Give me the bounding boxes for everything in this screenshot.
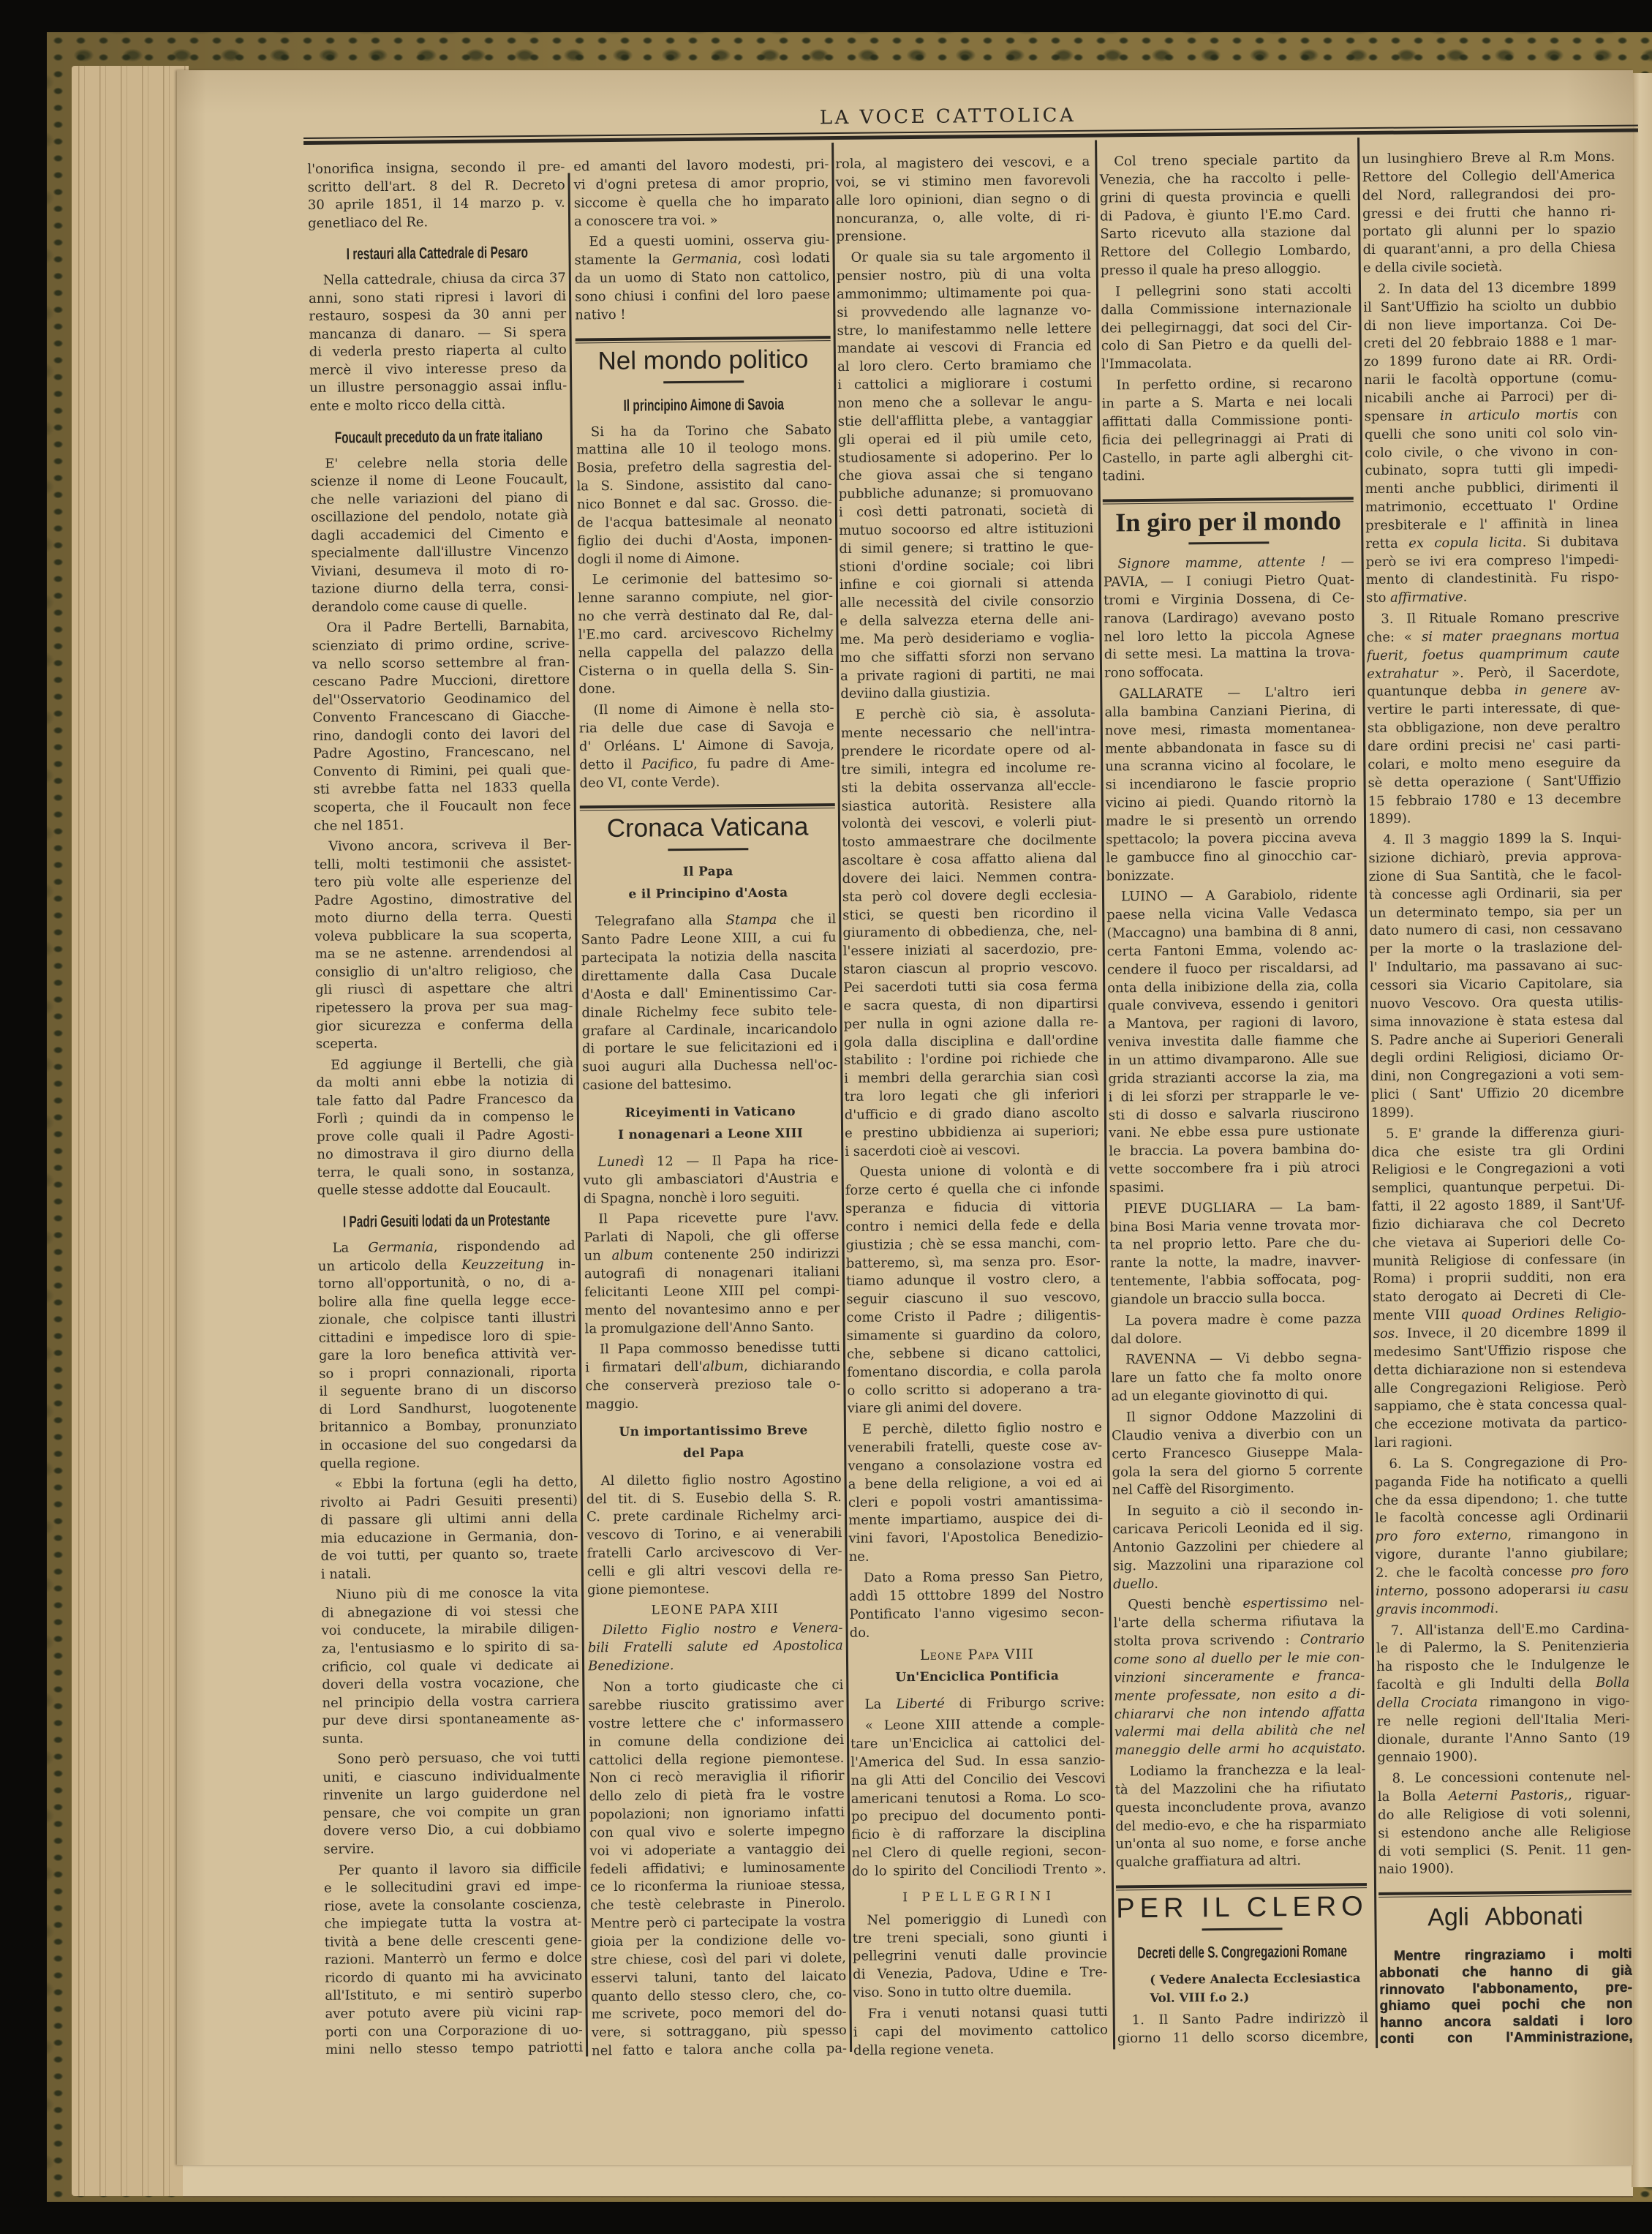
text-run: av- xyxy=(1587,682,1620,697)
text-line: nel Caffè del Risorgimento. xyxy=(1112,1480,1363,1500)
text-line: e della civile società. xyxy=(1363,257,1616,278)
text-line: la Bolla Aeterni Pastoris,, riguar- xyxy=(1378,1786,1631,1807)
text-run: la Bolla xyxy=(1378,1789,1449,1805)
text-line: La Liberté di Friburgo scrive: xyxy=(850,1694,1104,1715)
text-run: , dichiarando xyxy=(744,1358,840,1374)
text-line: maneggio delle armi ho acquistato. xyxy=(1114,1740,1365,1760)
text-line: seguir ciascuno il suo vescovo, xyxy=(846,1289,1101,1309)
section-title: Nel mondo politico xyxy=(576,341,831,380)
text-line: Convento Francescano di Giacche- xyxy=(312,707,570,728)
text-line: e sacra questa, di non dipartirsi xyxy=(843,995,1098,1015)
text-line: Cisterna o in quella della S. Sin- xyxy=(578,661,834,681)
text-line: pubbliche adunanze; si promuovano xyxy=(839,484,1093,504)
text-line: mutuo socoorso ed altre istituzioni xyxy=(839,520,1093,541)
text-line: volontà dei vescovi, e volerli piut- xyxy=(842,813,1096,834)
text-line: na gli Atti del Concilio dei Vescovi xyxy=(850,1769,1105,1790)
text-line: gare la loro benefica attività ver- xyxy=(319,1345,576,1366)
text-line: di Spagna, nonchè i loro seguiti. xyxy=(584,1188,839,1208)
text-line: affittati dalla Commissione ponti- xyxy=(1102,411,1353,432)
text-line: ricordo di quanto mi ha avvicinato xyxy=(325,1967,582,1987)
text-line: interno, possono adoperarsi iu casu xyxy=(1376,1581,1629,1601)
text-line: madre le si presentò un orrendo xyxy=(1106,811,1357,831)
text-line: grida strazianti accorse la zia, ma xyxy=(1108,1068,1359,1088)
text-line: si provvedendo alle lagnanze vo- xyxy=(837,301,1091,322)
text-run: i firmatari dell' xyxy=(585,1359,702,1376)
text-line: questa inconcludente prova, avanzo xyxy=(1115,1797,1366,1818)
italic-run: chiararvi che non intendo affatta xyxy=(1114,1704,1365,1722)
text-line: mini nello stesso tempo patriotti xyxy=(325,2039,583,2060)
text-line: ente e molto ricco della città. xyxy=(309,396,567,416)
section-title: Cronaca Vaticana xyxy=(580,809,835,848)
text-line: di quarant'anni, a pro della Chiesa xyxy=(1362,239,1615,260)
italic-run: iu casu xyxy=(1577,1582,1629,1598)
text-line: dello zelo di pietà fra le vostre xyxy=(589,1786,845,1806)
text-line: stamente la Germania, così lodati xyxy=(575,249,830,270)
paragraph: E' celebre nella storia dellescienze il … xyxy=(310,453,569,617)
text-line: alle loro opinioni, dian segno o di xyxy=(836,189,1090,210)
article-subheading: Il Papae il Principino d'Aosta xyxy=(581,860,837,906)
text-run: un articolo della xyxy=(318,1257,462,1274)
text-line: conti con l'Amministrazione, xyxy=(1380,2029,1633,2048)
text-line: i membri della gerarchia sian così xyxy=(844,1068,1098,1088)
paragraph: 6. La S. Congregazione di Pro-paganda Fi… xyxy=(1374,1453,1629,1620)
text-line: che: « si mater praegnans mortua xyxy=(1366,627,1619,647)
italic-run: extrahatur xyxy=(1367,666,1438,682)
section-title-underline xyxy=(1202,1928,1282,1930)
text-line: 30 aprile 1851, il 14 marzo p. v. xyxy=(308,195,565,215)
text-line: detto il Pacifico, fu padre di Ame- xyxy=(579,754,834,775)
text-line: dal dolore. xyxy=(1111,1328,1362,1349)
text-line: vinzioni sinceramente e franca- xyxy=(1114,1667,1365,1688)
text-line: za, l'entusiasmo e lo spirito di sa- xyxy=(322,1638,579,1658)
text-line: torno all'opportunità, o no, di a- xyxy=(318,1274,576,1294)
text-line: stioni d'ordine sociale; coi libri xyxy=(840,556,1094,576)
paragraph: 8. Le concessioni contenute nel-la Bolla… xyxy=(1377,1768,1631,1879)
text-line: gola dalla disciplina e dall'ordine xyxy=(844,1031,1098,1052)
text-line: nel loro letto la piccola Agnese xyxy=(1104,626,1354,647)
column-2: ed amanti del lavoro modesti, pri-vi d'o… xyxy=(573,156,847,2061)
text-line: detta dichiarazione non si estendeva xyxy=(1373,1359,1626,1380)
text-line: le di Palermo, la S. Penitenzieria xyxy=(1376,1638,1629,1658)
italic-run: Bolla xyxy=(1596,1675,1630,1690)
text-line: del tit. di S. Eusebio della S. R. xyxy=(587,1489,842,1509)
text-line: Pei sacerdoti tutti sia cosa ferma xyxy=(843,977,1098,998)
text-line: Mentre però ci partecipate la vostra xyxy=(590,1913,845,1933)
text-run: . Invece, il 20 dicembre 1899 il xyxy=(1395,1324,1626,1342)
text-line: zionale, che colpisce tanti illustri xyxy=(318,1309,576,1330)
text-line: in comune della condizione dei xyxy=(589,1731,844,1752)
paragraph: RAVENNA — Vi debbo segna-lare un fatto c… xyxy=(1111,1350,1362,1407)
page-content: LA VOCE CATTOLICA l'onorifica insigna, s… xyxy=(0,0,1652,2234)
text-line: si estendono anche alle Religiose xyxy=(1378,1822,1631,1843)
text-line: partecipata la notizia della nascita xyxy=(581,947,837,968)
text-line: abbonati che hanno di già xyxy=(1379,1963,1632,1982)
text-line: di Venezia, Padova, Udine e Tre- xyxy=(853,1964,1107,1985)
text-line: quale conviveva, essendo i genitori xyxy=(1107,996,1358,1016)
text-line: da un uomo di Stato non cattolico, xyxy=(575,268,830,288)
text-run: , fu padre di Ame- xyxy=(693,755,834,772)
text-line: colari, e molto meno eseguire da xyxy=(1368,754,1621,775)
text-run: che il xyxy=(777,912,836,928)
text-line: Ed a questi uomini, osserva giu- xyxy=(574,231,829,252)
text-line: 15 febbraio 1780 e 13 decembre xyxy=(1368,790,1621,811)
italic-run: Germania xyxy=(368,1239,434,1255)
text-line: al loro clero. Certo bramiamo che xyxy=(837,356,1092,377)
text-line: bonizzate. xyxy=(1106,865,1357,886)
section-header: PER IL CLERO xyxy=(1116,1883,1368,1931)
text-line: Nella cattedrale, chiusa da circa 37 xyxy=(309,270,566,290)
text-run: mente VIII xyxy=(1373,1307,1460,1323)
text-line: e della salvezza eterna delle ani- xyxy=(840,611,1094,631)
text-line: semplici, quantunque perpetui. Di- xyxy=(1372,1178,1625,1198)
text-line: della regione veneta. xyxy=(853,2039,1108,2060)
text-line: del Nord, rallegrandosi dei pro- xyxy=(1362,184,1615,205)
text-line: ce lo riconferma la riunioae stessa, xyxy=(590,1876,845,1897)
text-run: in- xyxy=(544,1256,576,1271)
text-line: britannico a Bombay, pronunziato xyxy=(320,1417,577,1437)
paragraph: I pellegrini sono stati accoltidalla Com… xyxy=(1101,281,1352,375)
text-line: del medio-evo, e che ha risparmiato xyxy=(1115,1816,1366,1836)
text-line: le facoltà concesse agli Ordinarii xyxy=(1375,1508,1628,1528)
text-line: mento del novantesimo anno e per xyxy=(584,1300,840,1320)
column-3: rola, al magistero dei vescovi, e avoi, … xyxy=(835,154,1108,2061)
text-line: Al diletto figlio nostro Agostino xyxy=(587,1470,842,1491)
subheading-line: del Papa xyxy=(586,1441,841,1465)
text-run: 2. che le facoltà concesse xyxy=(1376,1563,1571,1581)
text-line: tre treni speciali, sono giunti i xyxy=(853,1928,1107,1948)
text-line: « Ebbi la fortuna (egli ha detto, xyxy=(320,1474,578,1494)
text-line: certa Fantoni Emma, volendo ac- xyxy=(1107,941,1358,961)
text-line: americani tenutosi a Roma. Lo sco- xyxy=(851,1788,1106,1808)
text-line: dovere dei laici. Nemmen contra- xyxy=(842,868,1097,889)
text-line: Le cerimonie del battesimo so- xyxy=(578,569,833,590)
text-line: mento di clandestinità. Fu rispo- xyxy=(1366,569,1619,590)
text-line: nove mesi, rimasta momentanea- xyxy=(1105,720,1356,740)
text-line: ripetessero la prova per sua mag- xyxy=(315,997,573,1018)
text-line: Sono però persuaso, che voi tutti xyxy=(323,1749,580,1769)
text-line: ammonimmo; ultimamente poi qua- xyxy=(837,284,1091,304)
text-line: cittadini e impedisce loro di spie- xyxy=(319,1327,576,1347)
paragraph: Questi benchè espertissimo nel-l'arte de… xyxy=(1113,1595,1365,1761)
text-line: e le sollecitudini gravi ed impe- xyxy=(324,1878,581,1898)
text-line: i di lei sforzi per strapparle le ve- xyxy=(1109,1086,1359,1107)
section-header: Nel mondo politico xyxy=(576,336,831,384)
paragraph: Il Papa ricevette pure l'avv.Parlati di … xyxy=(584,1208,840,1338)
paragraph: Ed aggiunge il Bertelli, che giàda molti… xyxy=(316,1054,575,1200)
section-title: PER IL CLERO xyxy=(1116,1888,1367,1927)
italic-run: pro foro externo xyxy=(1375,1528,1507,1545)
text-line: Venezia, che ha raccolto i pelle- xyxy=(1099,169,1350,189)
text-line: della Crociata rimangono in vigo- xyxy=(1376,1693,1629,1713)
article-subheading: ( Vedere Analecta EcclesiasticaVol. VIII… xyxy=(1117,1968,1368,2007)
text-line: hanno ancora saldati i loro xyxy=(1380,2012,1633,2031)
text-line: mente VIII quoad Ordines Religio- xyxy=(1373,1305,1626,1325)
text-line: Viviani, desumeva il moto di ro- xyxy=(312,560,569,581)
text-line: l'E.mo card. arcivescovo Richelmy xyxy=(578,624,833,644)
column-5: un lusinghiero Breve al R.m Mons.Rettore… xyxy=(1362,148,1633,2048)
text-line: vengano a consolazione vostra ed xyxy=(848,1456,1102,1476)
article-heading-text: I Padri Gesuiti lodati da un Protestante xyxy=(342,1210,550,1233)
text-line: servire. xyxy=(323,1838,581,1859)
paragraph: Il signor Oddone Mazzolini diClaudio ven… xyxy=(1112,1407,1363,1500)
text-line: in un attimo divamparono. Alle sue xyxy=(1108,1050,1359,1070)
text-line: che, sebbene si dicano cattolici, xyxy=(847,1343,1101,1364)
text-line: lare un fatto che fa molto onore xyxy=(1111,1367,1362,1388)
text-line: dovere verso Dio, a cui dobbiamo xyxy=(323,1821,581,1841)
text-line: viare gli animi del dovere. xyxy=(848,1398,1102,1418)
text-line: de l'acqua battesimale al neonato xyxy=(577,512,832,533)
text-line: ascoltare è cosa affatto aliena dal xyxy=(842,850,1096,870)
text-line: sappiamo, che è stata concessa qual- xyxy=(1374,1396,1627,1416)
text-line: un illustre personaggio assai influ- xyxy=(309,377,567,398)
text-line: celli e gli altri vescovi della re- xyxy=(587,1561,842,1582)
text-line: colo di San Pietro e da quelli del- xyxy=(1101,336,1352,356)
text-line: done. xyxy=(578,678,834,699)
text-line: naio 1900). xyxy=(1378,1859,1632,1879)
text-line: del''Osservatorio Geodinamico del xyxy=(312,689,570,710)
italic-run: ex copula licita xyxy=(1408,535,1523,551)
section-header: In giro per il mondo xyxy=(1103,497,1354,545)
text-line: direttamente dalla Casa Ducale xyxy=(581,966,837,986)
subheading-line: e il Principino d'Aosta xyxy=(581,882,836,906)
text-line: di passare gli ultimi anni della xyxy=(320,1510,578,1530)
text-line: di voti semplici (S. Penit. 11 gen- xyxy=(1378,1840,1631,1861)
text-line: quantunque debba in genere av- xyxy=(1367,681,1620,702)
text-line: Or quale sia su tale argomento il xyxy=(836,247,1090,268)
text-line: rino, dandogli conto dei lavori del xyxy=(313,725,570,745)
text-line: esservi taluni, tanto del laicato xyxy=(591,1968,846,1988)
text-run: — xyxy=(1326,554,1354,569)
text-line: Questa unione di volontà e di xyxy=(845,1162,1099,1182)
paragraph: Fra i venuti notansi quasi tuttii capi d… xyxy=(853,2004,1109,2061)
text-line: popolazioni; non ignoriamo infatti xyxy=(589,1804,845,1824)
text-run: detto il xyxy=(579,756,641,772)
text-line: Lodiamo la franchezza e la leal- xyxy=(1114,1761,1365,1781)
text-run: nel- xyxy=(1327,1595,1364,1611)
text-line: Rettore del Collegio Lombardo, xyxy=(1100,241,1351,262)
italic-run: Keuzzeitung xyxy=(461,1256,544,1272)
text-line: E' celebre nella storia delle xyxy=(310,453,567,473)
text-line: prove colle quali il Padre Agosti- xyxy=(317,1126,574,1146)
article-subheading: Un importantissimo Brevedel Papa xyxy=(586,1419,842,1465)
text-line: Antonio Gazzolini per chiedere al xyxy=(1112,1537,1363,1557)
subheading-line: I nonagenari a Leone XIII xyxy=(583,1122,838,1146)
text-line: batteremo, sì, ma senza pro. Esor- xyxy=(846,1252,1101,1273)
text-line: che vietava ai Superiori delle Co- xyxy=(1372,1233,1625,1253)
paragraph: Ed a questi uomini, osserva giu-stamente… xyxy=(574,231,830,325)
text-line: per la morte o la traslazione del- xyxy=(1370,939,1623,959)
paragraph: Nella cattedrale, chiusa da circa 37anni… xyxy=(309,270,567,416)
paragraph: Questa unione di volontà e diforze certo… xyxy=(845,1162,1101,1418)
text-line: bina Bosi Maria venne trovata mor- xyxy=(1109,1216,1360,1237)
article-heading-text: Decreti delle S. Congregazioni Romane xyxy=(1137,1941,1347,1964)
text-run: stolta prova scrivendo : xyxy=(1114,1632,1300,1649)
text-run: rimangono in vigo- xyxy=(1478,1693,1630,1710)
text-line: la promulgazione dell'Anno Santo. xyxy=(585,1318,840,1339)
text-line: Lunedì 12 — Il Papa ha rice- xyxy=(583,1151,838,1172)
section-title: Agli Abbonati xyxy=(1378,1895,1632,1938)
text-run: , possono adoperarsi xyxy=(1424,1582,1577,1598)
text-line: Claudio veniva a diverbio con un xyxy=(1112,1425,1362,1445)
text-line: S. Padre anche ai Superiori Generali xyxy=(1370,1029,1623,1050)
text-line: sono chiusi i confini del loro paese xyxy=(575,286,830,306)
text-line: tale fatto dal Padre Francesco da xyxy=(317,1090,574,1110)
text-line: (Maccagno) una bambina di 8 anni, xyxy=(1106,922,1357,943)
text-line: scienziato di primo ordine, scrive- xyxy=(312,636,570,656)
italic-run: in genere xyxy=(1515,682,1587,699)
italic-run: affirmative xyxy=(1390,590,1463,606)
text-line: rola, al magistero dei vescovi, e a xyxy=(835,154,1090,174)
text-line: I pellegrini sono stati accolti xyxy=(1101,281,1351,301)
italic-run: in articulo mortis xyxy=(1440,407,1578,424)
text-line: i firmatari dell'album, dichiarando xyxy=(585,1357,840,1377)
text-run: 12 — Il Papa ha rice- xyxy=(644,1152,838,1170)
paragraph: Col treno speciale partito daVenezia, ch… xyxy=(1099,151,1351,280)
text-line: alle necessità del civile consorzio xyxy=(840,593,1094,613)
text-line: genetliaco del Re. xyxy=(308,212,565,233)
text-line: 1. Il Santo Padre indirizzò il xyxy=(1117,2009,1368,2030)
text-line: restauro, sospesi da 30 anni per xyxy=(309,306,566,326)
text-line: nel fatto e talora anche colla pa- xyxy=(592,2040,847,2061)
text-line: Convento di Rimini, pei quali que- xyxy=(313,761,570,781)
text-line: mercè il vivo interesse preso da xyxy=(309,359,567,380)
text-line: sizione dichiarò, previa approva- xyxy=(1368,848,1621,868)
italic-run: pro foro xyxy=(1571,1563,1629,1579)
text-line: o collo scritto si adoperano a tra- xyxy=(847,1380,1101,1400)
text-line: infine e coi giornali si attenda xyxy=(840,574,1094,595)
text-line: siastica autorità. Resistere alla xyxy=(842,795,1096,816)
text-line: sos. Invece, il 20 dicembre 1899 il xyxy=(1373,1323,1626,1344)
text-line: Diletto Figlio nostro e Venera- xyxy=(587,1620,842,1640)
text-line: E perchè ciò sia, è assoluta- xyxy=(840,704,1095,725)
text-line: stre, lo manifestammo nelle lettere xyxy=(837,320,1091,340)
italic-run: come sono al duello per le mie con- xyxy=(1114,1650,1365,1667)
text-line: mente abbandonata in fasce su di xyxy=(1105,738,1356,759)
text-line: ria delle due case di Savoja e xyxy=(579,718,834,738)
text-line: me scrivete, poco memori del do- xyxy=(592,2004,847,2024)
text-run: , rimangono in xyxy=(1507,1527,1628,1543)
text-line: prendere le ricordate opere od al- xyxy=(841,741,1095,761)
text-line: vicino ai piedi. Quando ritornò la xyxy=(1106,792,1357,813)
text-line: terra, le quali sono, in sostanza, xyxy=(317,1162,574,1182)
notice-paragraph: Mentre ringraziamo i moltiabbonati che h… xyxy=(1379,1947,1633,2048)
text-line: dini, non Congregazioni a voti sem- xyxy=(1370,1066,1623,1086)
text-line: i così detti patronati, società di xyxy=(839,502,1093,522)
text-line: Rettore del Collegio dell'America xyxy=(1362,167,1615,187)
text-line: grini di questa provincia e quelli xyxy=(1100,187,1351,208)
text-run: . xyxy=(1495,1601,1499,1616)
text-line: tra loro legati che gli inferiori xyxy=(844,1086,1098,1107)
text-line: ma se ne astenne. arrendendosi al xyxy=(315,944,573,964)
text-line: l'essere iniziati al sacerdozio, pre- xyxy=(843,941,1098,961)
paragraph: E perchè ciò sia, è assoluta-mente neces… xyxy=(840,704,1099,1161)
section-title: In giro per il mondo xyxy=(1103,502,1354,541)
text-line: Non a torto giudicaste che ci xyxy=(588,1677,843,1697)
text-line: un'onta al suo nome, e forse anche xyxy=(1115,1834,1366,1854)
text-line: Bosia, prefetro della sagrestia del- xyxy=(576,457,831,478)
paragraph: Lunedì 12 — Il Papa ha rice-vuto gli amb… xyxy=(583,1151,839,1208)
text-line: 6. La S. Congregazione di Pro- xyxy=(1374,1453,1627,1474)
text-line: vini favori, l'Apostolica Benedizio- xyxy=(848,1528,1103,1549)
text-line: E perchè, diletto figlio nostro e xyxy=(848,1419,1102,1440)
text-run: La xyxy=(332,1240,368,1255)
text-line: quelle stesse addotte dal Eoucault. xyxy=(317,1180,575,1200)
text-line: sunta. xyxy=(323,1728,580,1748)
text-line: vostre lettere che c' informassero xyxy=(589,1713,844,1734)
text-line: tazione diurno della terra, consi- xyxy=(312,579,569,599)
text-line: Sarto ricevuto alla stazione dal xyxy=(1100,224,1351,244)
text-line: riose, avete la consolante coscienza, xyxy=(324,1895,581,1916)
text-line: i capi del movimento cattolico xyxy=(853,2021,1108,2042)
text-line: però se ivi era compreso l'impedi- xyxy=(1366,551,1619,571)
text-line: vertire le parti interessate, di que- xyxy=(1367,699,1620,720)
italic-run: Contrario xyxy=(1300,1631,1365,1647)
text-line: fatti, il 22 agosto 1889, il Sant'Uf- xyxy=(1372,1196,1625,1216)
text-line: zione di Sua Santità, che le facol- xyxy=(1369,866,1622,887)
text-line: fratelli Carlo arcivescovo di Ver- xyxy=(587,1543,842,1563)
section-title-underline xyxy=(1188,542,1269,545)
text-line: mente necessario che nell'intra- xyxy=(841,723,1095,743)
text-line: che conserverà prezioso tale o- xyxy=(585,1375,840,1396)
text-line: Padre Agostino, dimostrative del xyxy=(314,890,572,910)
text-run: facoltà e gli Indulti della xyxy=(1376,1675,1596,1693)
text-run: , così lodati xyxy=(737,250,829,266)
text-line: di Padova, è giunto l'E.mo Card. xyxy=(1100,206,1351,226)
text-line: creti del 20 febbraio 1888 e 1 mar- xyxy=(1364,333,1617,353)
text-line: oscillazione del pendolo, notate già xyxy=(311,507,568,527)
text-line: do. xyxy=(850,1622,1104,1642)
text-line: paese nella vicina Valle Vedasca xyxy=(1106,904,1357,925)
italic-run: Liberté xyxy=(896,1696,945,1712)
text-run: di Friburgo scrive: xyxy=(945,1695,1105,1712)
paragraph: La Germania, rispondendo adun articolo d… xyxy=(317,1237,577,1473)
text-line: gravis incommodi. xyxy=(1376,1598,1629,1619)
text-line: derandolo come cause di quelle. xyxy=(312,596,569,617)
text-line: mente professate, non esito a di- xyxy=(1114,1685,1365,1706)
text-line: spettacolo; la povera piccina aveva xyxy=(1106,829,1357,849)
text-line: non meno che a sollevar le angu- xyxy=(837,393,1092,413)
text-line: grafare al Cardinale, incaricandolo xyxy=(582,1020,837,1041)
italic-run: interno xyxy=(1376,1583,1424,1599)
text-run: quantunque debba xyxy=(1367,683,1515,700)
text-line: me. Ma però desideriamo e voglia- xyxy=(840,629,1094,650)
text-line: mente impartiamo, auspice dei di- xyxy=(848,1510,1103,1530)
text-line: Parlati di Napoli, che gli offerse xyxy=(584,1227,839,1247)
subheading-line: Il Papa xyxy=(581,860,836,884)
text-line: tre simili, integra ed incolume re- xyxy=(841,759,1095,779)
text-line: ranova (Lardirago) avevano posto xyxy=(1104,608,1354,628)
text-line: dato numero di casi, non cessavano xyxy=(1369,920,1622,941)
text-line: pro foro externo, rimangono in xyxy=(1375,1526,1628,1546)
text-line: La povera madre è come pazza xyxy=(1110,1310,1361,1331)
text-line: specialmente dall'illustre Vincenzo xyxy=(311,543,568,563)
text-run: . xyxy=(1154,1576,1158,1591)
italic-run: Aeterni Pastoris xyxy=(1449,1788,1564,1805)
text-line: tività a bene delle crescenti gene- xyxy=(325,1931,582,1952)
text-line: ghiamo quei pochi che non xyxy=(1379,1996,1632,2015)
text-line: le gambucce fino al ginocchio car- xyxy=(1106,847,1357,868)
italic-run: gravis incommodi xyxy=(1376,1601,1494,1617)
text-line: po precipuo del documento ponti- xyxy=(851,1806,1106,1827)
text-line: La Germania, rispondendo ad xyxy=(317,1237,575,1257)
text-line: che nelle variazioni del piano di xyxy=(311,489,568,509)
article-heading: I restauri alla Cattedrale di Pesaro xyxy=(308,242,565,265)
paragraph: La povera madre è come pazzadal dolore. xyxy=(1110,1310,1361,1349)
text-line: all'Istituto, e mi sentirò superbo xyxy=(325,1985,582,2006)
text-line: di portare le sue felicitazioni ed i xyxy=(582,1038,837,1058)
text-line: gli riuscì di aspettare che altri xyxy=(315,979,573,1000)
paragraph: rola, al magistero dei vescovi, e avoi, … xyxy=(835,154,1090,247)
